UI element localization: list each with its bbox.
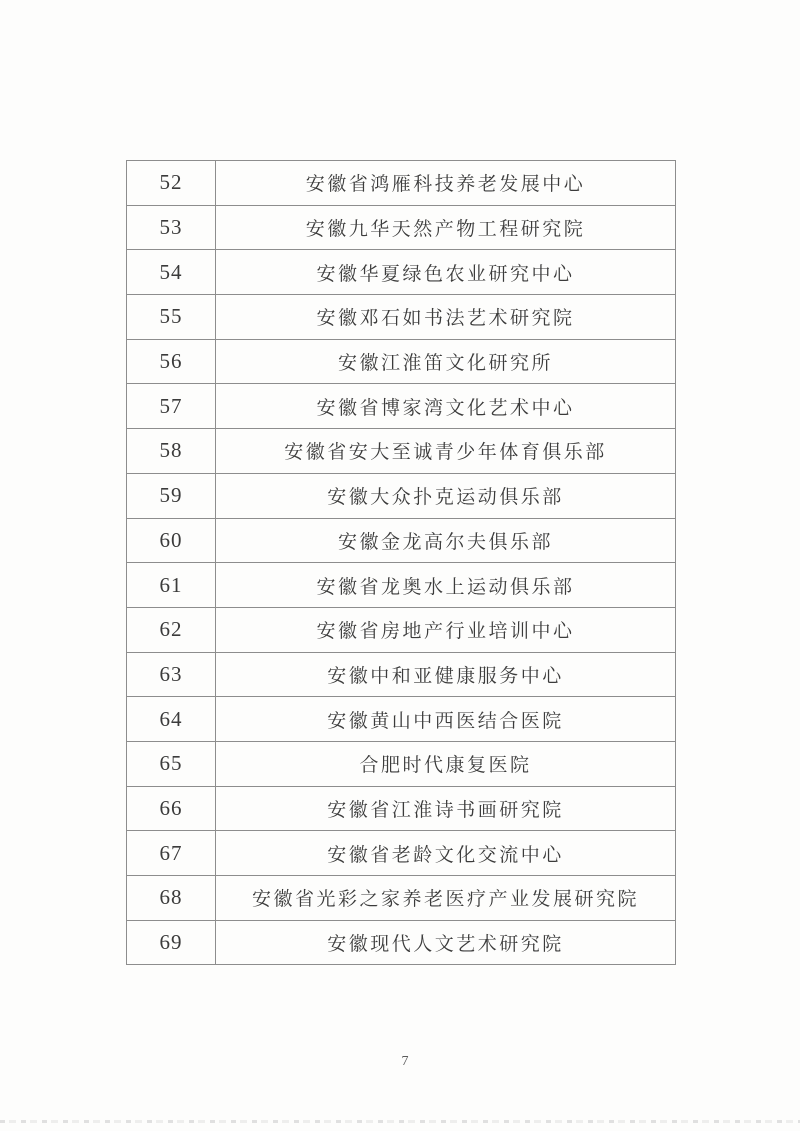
table-row: 68安徽省光彩之家养老医疗产业发展研究院 [127,876,676,921]
table-row: 59安徽大众扑克运动俱乐部 [127,473,676,518]
table-row: 61安徽省龙奥水上运动俱乐部 [127,563,676,608]
row-org-name: 安徽黄山中西医结合医院 [216,697,676,742]
row-org-name: 安徽九华天然产物工程研究院 [216,205,676,250]
row-number: 68 [127,876,216,921]
table-row: 52安徽省鸿雁科技养老发展中心 [127,161,676,206]
table-row: 54安徽华夏绿色农业研究中心 [127,250,676,295]
row-number: 61 [127,563,216,608]
scan-artifact-line [0,1120,800,1123]
table-row: 67安徽省老龄文化交流中心 [127,831,676,876]
organization-table: 52安徽省鸿雁科技养老发展中心53安徽九华天然产物工程研究院54安徽华夏绿色农业… [126,160,676,965]
row-org-name: 安徽省房地产行业培训中心 [216,607,676,652]
row-org-name: 合肥时代康复医院 [216,741,676,786]
row-number: 65 [127,741,216,786]
row-org-name: 安徽省江淮诗书画研究院 [216,786,676,831]
table-row: 56安徽江淮笛文化研究所 [127,339,676,384]
row-number: 66 [127,786,216,831]
row-number: 56 [127,339,216,384]
table-row: 60安徽金龙高尔夫俱乐部 [127,518,676,563]
row-number: 57 [127,384,216,429]
row-org-name: 安徽华夏绿色农业研究中心 [216,250,676,295]
row-org-name: 安徽邓石如书法艺术研究院 [216,295,676,340]
row-number: 63 [127,652,216,697]
row-org-name: 安徽江淮笛文化研究所 [216,339,676,384]
row-number: 53 [127,205,216,250]
row-org-name: 安徽省鸿雁科技养老发展中心 [216,161,676,206]
row-org-name: 安徽金龙高尔夫俱乐部 [216,518,676,563]
row-number: 60 [127,518,216,563]
row-number: 62 [127,607,216,652]
row-org-name: 安徽省安大至诚青少年体育俱乐部 [216,429,676,474]
table-row: 58安徽省安大至诚青少年体育俱乐部 [127,429,676,474]
table-row: 66安徽省江淮诗书画研究院 [127,786,676,831]
row-number: 59 [127,473,216,518]
row-number: 64 [127,697,216,742]
page-number: 7 [0,1054,800,1070]
row-number: 69 [127,920,216,965]
row-number: 67 [127,831,216,876]
row-org-name: 安徽中和亚健康服务中心 [216,652,676,697]
row-number: 55 [127,295,216,340]
row-org-name: 安徽省龙奥水上运动俱乐部 [216,563,676,608]
table-row: 63安徽中和亚健康服务中心 [127,652,676,697]
table-row: 57安徽省博家湾文化艺术中心 [127,384,676,429]
row-org-name: 安徽省光彩之家养老医疗产业发展研究院 [216,876,676,921]
row-number: 58 [127,429,216,474]
scanned-document-page: { "page": { "number": "7" }, "table": { … [0,0,800,1131]
org-table-body: 52安徽省鸿雁科技养老发展中心53安徽九华天然产物工程研究院54安徽华夏绿色农业… [127,161,676,965]
row-org-name: 安徽省老龄文化交流中心 [216,831,676,876]
table-row: 64安徽黄山中西医结合医院 [127,697,676,742]
table-row: 69安徽现代人文艺术研究院 [127,920,676,965]
row-number: 54 [127,250,216,295]
row-org-name: 安徽大众扑克运动俱乐部 [216,473,676,518]
row-org-name: 安徽现代人文艺术研究院 [216,920,676,965]
row-org-name: 安徽省博家湾文化艺术中心 [216,384,676,429]
table-row: 53安徽九华天然产物工程研究院 [127,205,676,250]
table-row: 55安徽邓石如书法艺术研究院 [127,295,676,340]
table-row: 65合肥时代康复医院 [127,741,676,786]
table-row: 62安徽省房地产行业培训中心 [127,607,676,652]
row-number: 52 [127,161,216,206]
